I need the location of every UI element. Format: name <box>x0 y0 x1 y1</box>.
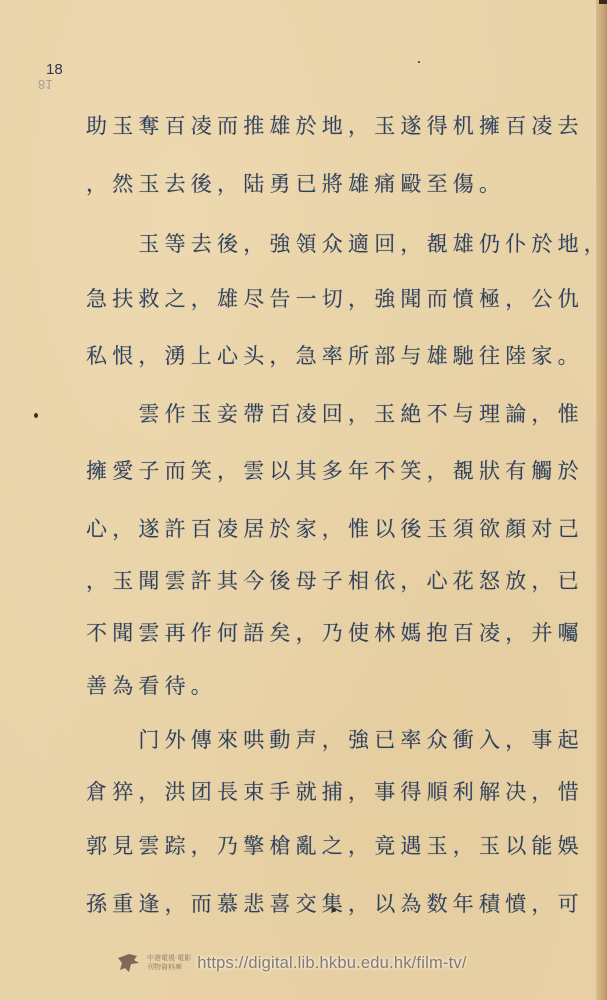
text-line: 雲作玉妾帶百凌回，玉絶不与理論，惟 <box>86 398 584 428</box>
text-line: 私恨，湧上心头，急率所部与雄馳往陸家。 <box>86 340 584 370</box>
watermark: 中港電視·電影 刊物資料庫 https://digital.lib.hkbu.e… <box>115 950 467 976</box>
text-line: 助玉奪百凌而推雄於地，玉遂得机擁百凌去 <box>86 110 584 140</box>
text-line: ，玉聞雲許其今後母子相依，心花怒放，已 <box>86 565 584 595</box>
scanned-page: 18 81 助玉奪百凌而推雄於地，玉遂得机擁百凌去 ，然玉去後，陆勇已將雄痛毆至… <box>0 0 596 1000</box>
text-line: 倉猝，洪团長束手就捕，事得順利解决，惜 <box>86 776 584 806</box>
library-logo-icon <box>115 950 141 976</box>
page-number: 18 <box>46 62 63 77</box>
text-line: 郭見雲踪，乃擎槍亂之，竟遇玉，玉以能娛 <box>86 830 584 860</box>
scan-border <box>599 0 607 4</box>
watermark-url: https://digital.lib.hkbu.edu.hk/film-tv/ <box>197 954 466 973</box>
paper-speck <box>34 413 38 418</box>
text-line: 玉等去後，強領众適回，覩雄仍仆於地， <box>86 228 607 258</box>
library-name: 中港電視·電影 刊物資料庫 <box>147 954 191 972</box>
text-line: 善為看待。 <box>86 670 217 700</box>
page-number-bleedthrough: 81 <box>38 78 52 91</box>
paper-speck <box>418 61 420 63</box>
text-line: 擁愛子而笑，雲以其多年不笑，覩狀有觸於 <box>86 455 584 485</box>
paper-speck <box>332 908 336 912</box>
text-line: 急扶救之，雄尽告一切，強聞而憤極，公仇 <box>86 283 584 313</box>
text-line: 孫重逢，而慕悲喜交集，以為数年積憤，可 <box>86 888 584 918</box>
text-line: 心，遂許百凌居於家，惟以後玉須欲顏对己 <box>86 513 584 543</box>
text-line: ，然玉去後，陆勇已將雄痛毆至傷。 <box>86 168 505 198</box>
page-edge <box>596 0 607 1000</box>
text-line: 门外傳來哄動声，強已率众衝入，事起 <box>86 724 584 754</box>
text-line: 不聞雲再作何語矣，乃使林媽抱百凌，并囑 <box>86 617 584 647</box>
